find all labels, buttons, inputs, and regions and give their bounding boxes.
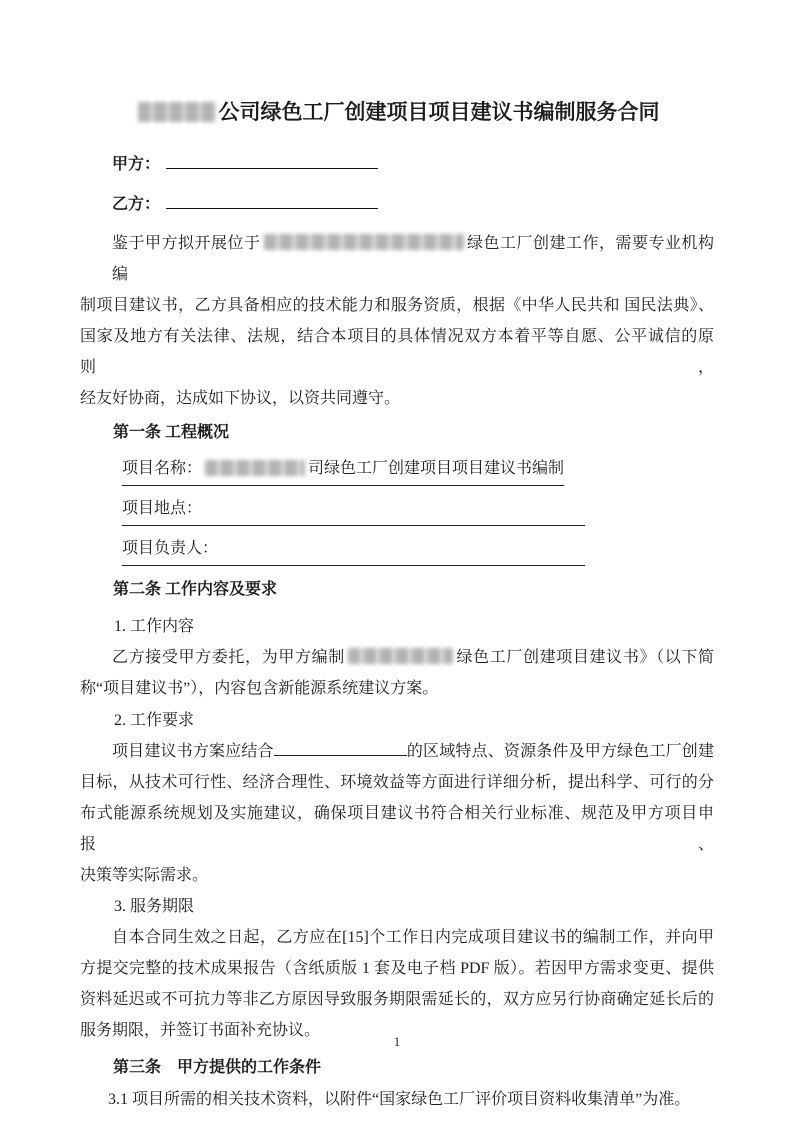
document-title-text: 公司绿色工厂创建项目项目建议书编制服务合同 [219, 100, 660, 124]
work-requirement-line: 布式能源系统规划及实施建议，确保项目建议书符合相关行业标准、规范及甲方项目申报、 [80, 798, 714, 860]
work-content-line: 乙方接受甲方委托，为甲方编制绿色工厂创建项目建议书》（以下简 [80, 642, 714, 673]
project-location-line: 项目地点： [122, 493, 714, 526]
project-name-label: 项目名称： [122, 460, 202, 477]
project-name-line: 项目名称：司绿色工厂创建项目项目建议书编制 [122, 453, 714, 486]
clause-3-1: 3.1 项目所需的相关技术资料，以附件“国家绿色工厂评价项目资料收集清单”为准。 [108, 1084, 714, 1115]
work-requirement-text-before-blank: 项目建议书方案应结合 [112, 743, 274, 760]
page-number: 1 [0, 1034, 794, 1050]
party-a-label: 甲方： [112, 156, 160, 173]
work-requirement-line: 项目建议书方案应结合的区域特点、资源条件及甲方绿色工厂创建 [80, 736, 714, 767]
preamble-text-before-redaction: 鉴于甲方拟开展位于 [112, 235, 261, 252]
work-content-subheading: 1. 工作内容 [114, 611, 714, 642]
parties-block: 甲方： 乙方： [80, 149, 714, 221]
work-requirement-text-after-blank: 的区域特点、资源条件及甲方绿色工厂创建 [407, 743, 714, 760]
preamble-line: 经友好协商，达成如下协议，以资共同遵守。 [80, 383, 714, 414]
project-manager-line: 项目负责人： [122, 533, 714, 566]
redacted-client-name [348, 648, 453, 664]
preamble-paragraph: 鉴于甲方拟开展位于绿色工厂创建工作，需要专业机构编 制项目建议书，乙方具备相应的… [80, 228, 714, 414]
project-manager-underlined: 项目负责人： [122, 533, 585, 566]
project-location-label: 项目地点： [122, 500, 202, 517]
preamble-line: 制项目建议书，乙方具备相应的技术能力和服务资质，根据《中华人民共和 国民法典》、 [80, 290, 714, 321]
service-period-subheading: 3. 服务期限 [114, 891, 714, 922]
party-b-blank-line [166, 191, 378, 209]
work-content-paragraph: 乙方接受甲方委托，为甲方编制绿色工厂创建项目建议书》（以下简 称“项目建议书”）… [80, 642, 714, 704]
work-content-text-before-redaction: 乙方接受甲方委托，为甲方编制 [112, 649, 345, 666]
article-2-heading: 第二条 工作内容及要求 [113, 574, 714, 605]
work-requirement-line: 决策等实际需求。 [80, 860, 714, 891]
article-1-heading: 第一条 工程概况 [113, 417, 714, 448]
service-period-paragraph: 自本合同生效之日起，乙方应在[15]个工作日内完成项目建议书的编制工作，并向甲 … [80, 922, 714, 1046]
work-requirement-subheading: 2. 工作要求 [114, 705, 714, 736]
redacted-project-company [205, 460, 305, 476]
preamble-line: 鉴于甲方拟开展位于绿色工厂创建工作，需要专业机构编 [80, 228, 714, 290]
work-content-line: 称“项目建议书”），内容包含新能源系统建议方案。 [80, 673, 714, 704]
work-content-text-after-redaction: 绿色工厂创建项目建议书》（以下简 [456, 649, 714, 666]
work-requirement-line: 目标，从技术可行性、经济合理性、环境效益等方面进行详细分析，提出科学、可行的分 [80, 767, 714, 798]
document-title: 公司绿色工厂创建项目项目建议书编制服务合同 [80, 96, 714, 128]
preamble-line: 国家及地方有关法律、法规，结合本项目的具体情况双方本着平等自愿、公平诚信的原则， [80, 321, 714, 383]
project-manager-label: 项目负责人： [122, 540, 218, 557]
project-location-underlined: 项目地点： [122, 493, 585, 526]
party-a-blank-line [166, 151, 378, 169]
contract-page: 公司绿色工厂创建项目项目建议书编制服务合同 甲方： 乙方： 鉴于甲方拟开展位于绿… [0, 0, 794, 1123]
party-b-line: 乙方： [112, 189, 714, 221]
party-a-line: 甲方： [112, 149, 714, 181]
redacted-company-prefix [138, 102, 216, 122]
article-3-heading: 第三条 甲方提供的工作条件 [113, 1052, 714, 1083]
service-period-line: 方提交完整的技术成果报告（含纸质版 1 套及电子档 PDF 版）。若因甲方需求变… [80, 953, 714, 984]
project-name-underlined: 项目名称：司绿色工厂创建项目项目建议书编制 [122, 453, 564, 486]
party-b-label: 乙方： [112, 196, 160, 213]
service-period-line: 自本合同生效之日起，乙方应在[15]个工作日内完成项目建议书的编制工作，并向甲 [80, 922, 714, 953]
blank-fill-line [274, 739, 407, 756]
project-name-text: 司绿色工厂创建项目项目建议书编制 [308, 460, 564, 477]
redacted-location-text [264, 234, 464, 250]
service-period-line: 资料延迟或不可抗力等非乙方原因导致服务期限需延长的，双方应另行协商确定延长后的 [80, 984, 714, 1015]
work-requirement-paragraph: 项目建议书方案应结合的区域特点、资源条件及甲方绿色工厂创建 目标，从技术可行性、… [80, 736, 714, 891]
